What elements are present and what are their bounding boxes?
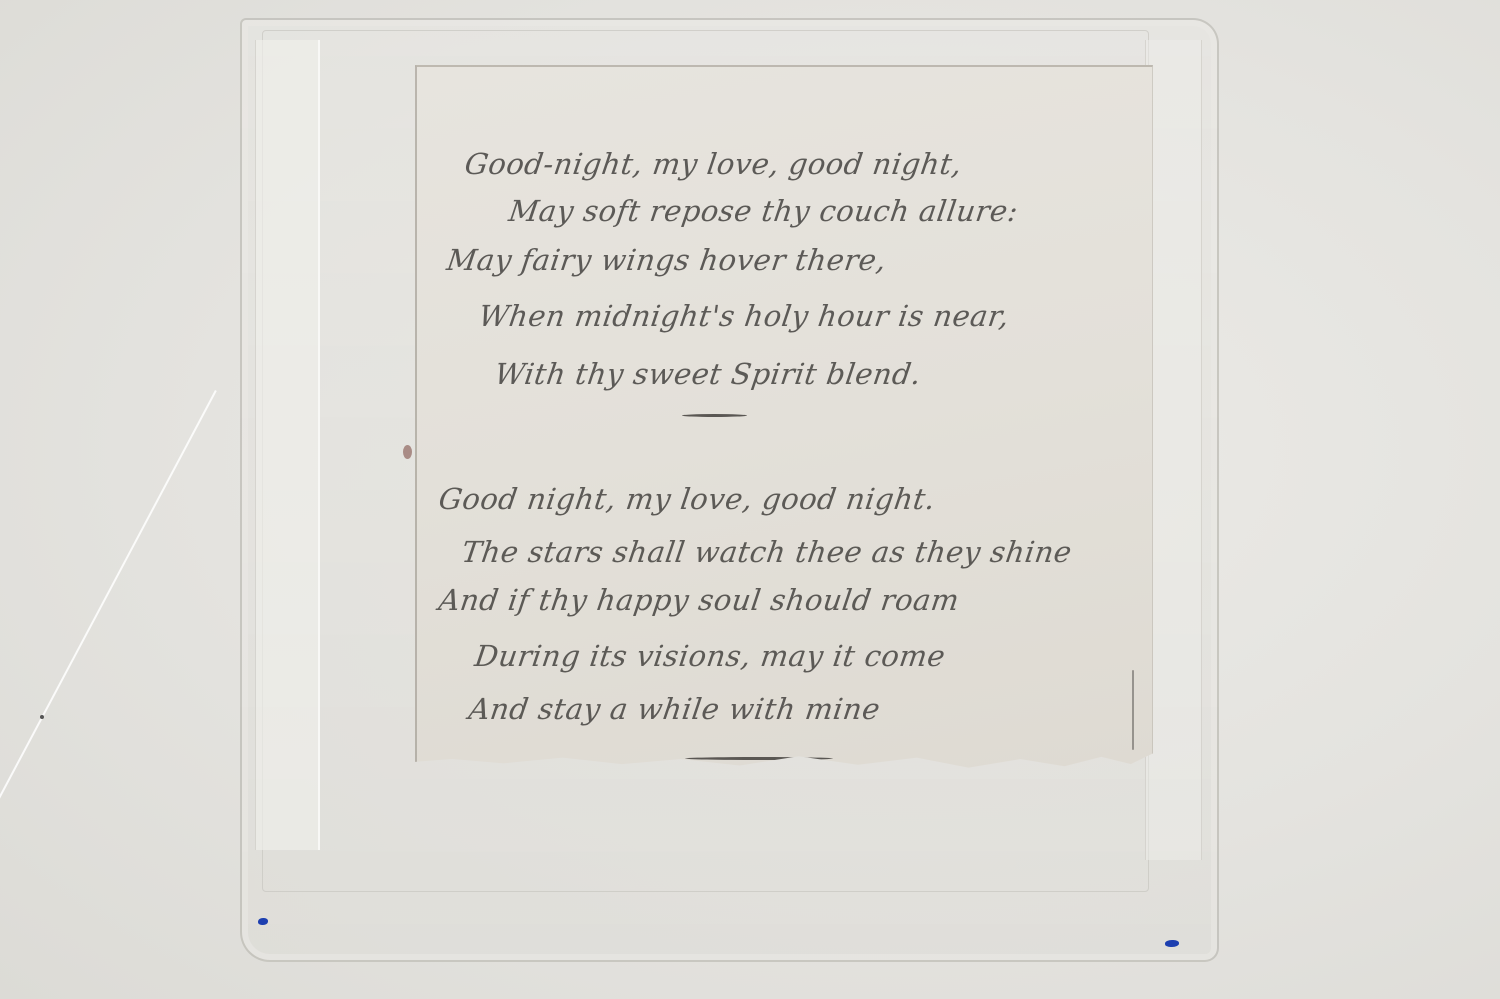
poem-line: And stay a while with mine [467, 692, 883, 726]
poem-line: May fairy wings hover there, [445, 243, 889, 277]
poem-line: With thy sweet Spirit blend. [493, 357, 924, 391]
poem-line: The stars shall watch thee as they shine [460, 535, 1075, 569]
foxing-stain [403, 445, 412, 459]
poem-line: May soft repose thy couch allure: [507, 194, 1021, 228]
blue-marker-dot-left [258, 918, 268, 925]
light-glare [0, 390, 217, 850]
poem: Good-night, my love, good night, May sof… [417, 67, 1152, 782]
blue-marker-dot-right [1165, 940, 1179, 947]
divider-flourish [682, 414, 747, 417]
mounting-strip-left [255, 40, 320, 850]
mounting-strip-right [1145, 40, 1202, 860]
poem-line: And if thy happy soul should roam [437, 583, 962, 617]
poem-line: When midnight's holy hour is near, [477, 299, 1012, 333]
poem-line: During its visions, may it come [473, 639, 948, 673]
poem-line: Good-night, my love, good night, [463, 147, 965, 181]
margin-pencil-mark [1132, 670, 1134, 750]
poem-line: Good night, my love, good night. [437, 482, 938, 516]
manuscript-page: Good-night, my love, good night, May sof… [415, 65, 1153, 782]
dust-speck [40, 715, 44, 719]
